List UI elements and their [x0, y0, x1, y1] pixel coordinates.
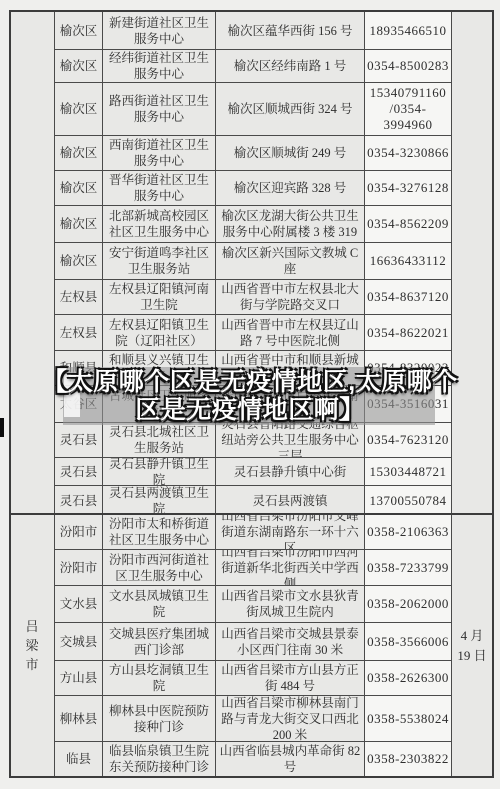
table-row: 榆次区 经纬街道社区卫生服务中心 榆次区经纬南路 1 号 0354-850028…: [55, 49, 451, 82]
cell-facility-name: 左权县辽阳镇河南卫生院: [103, 280, 216, 314]
cell-district: 榆次区: [55, 12, 103, 49]
region-cell: 吕梁市: [11, 515, 55, 776]
cell-district: 灵石县: [55, 486, 103, 515]
table-row: 榆次区 北部新城高校园区社区卫生服务中心 榆次区龙湖大街公共卫生服务中心附属楼 …: [55, 205, 451, 242]
cell-phone: 0358-2626300: [365, 661, 451, 695]
table-row: 灵石县 灵石县静升镇卫生院 灵石县静升镇中心街 15303448721: [55, 457, 451, 485]
table-row: 文水县 文水县凤城镇卫生院 山西省吕梁市文水县狄青街凤城卫生院内 0358-20…: [55, 585, 451, 622]
table-row: 方山县 方山县圪洞镇卫生院 山西省吕梁市方山县方正街 484 号 0358-26…: [55, 660, 451, 695]
cell-address: 榆次区迎宾路 328 号: [216, 171, 365, 205]
cell-address: 山西省吕梁市汾阳市文峰街道东湖南路东一环十六区: [216, 515, 365, 549]
cell-facility-name: 路西街道社区卫生服务中心: [103, 83, 216, 135]
cell-address: 山西省吕梁市文水县狄青街凤城卫生院内: [216, 586, 365, 622]
cell-phone: 0354-3230866: [365, 136, 451, 170]
cell-address: 榆次区经纬南路 1 号: [216, 50, 365, 82]
cell-district: 文水县: [55, 586, 103, 622]
section-rows: 汾阳市 汾阳市太和桥街道社区卫生服务中心 山西省吕梁市汾阳市文峰街道东湖南路东一…: [55, 515, 451, 776]
cell-address: 灵石县晋阳路交通综合枢纽站旁公共卫生服务中心三层: [216, 423, 365, 457]
cell-facility-name: 灵石县静升镇卫生院: [103, 458, 216, 485]
screenshot-page: 榆次区 新建街道社区卫生服务中心 榆次区蕴华西街 156 号 189354665…: [0, 0, 500, 789]
cell-district: 左权县: [55, 280, 103, 314]
table-row: 榆次区 西南街道社区卫生服务中心 榆次区顺城街 249 号 0354-32308…: [55, 135, 451, 170]
cell-phone: 0354-8562209: [365, 206, 451, 242]
cell-facility-name: 晋华街道社区卫生服务中心: [103, 171, 216, 205]
table-row: 柳林县 柳林县中医院预防接种门诊 山西省吕梁市柳林县南门路与青龙大街交叉口西北 …: [55, 695, 451, 741]
cell-facility-name: 灵石县北城社区卫生服务站: [103, 423, 216, 457]
table-section-jinzhong: 榆次区 新建街道社区卫生服务中心 榆次区蕴华西街 156 号 189354665…: [11, 12, 492, 513]
cell-address: 榆次区龙湖大街公共卫生服务中心附属楼 3 楼 319: [216, 206, 365, 242]
region-cell: [11, 12, 55, 513]
table-row: 灵石县 灵石县北城社区卫生服务站 灵石县晋阳路交通综合枢纽站旁公共卫生服务中心三…: [55, 422, 451, 457]
cell-phone: 0358-3566006: [365, 623, 451, 660]
cell-district: 交城县: [55, 623, 103, 660]
cell-phone: 16636433112: [365, 243, 451, 279]
table-row: 榆次区 新建街道社区卫生服务中心 榆次区蕴华西街 156 号 189354665…: [55, 12, 451, 49]
cell-district: 榆次区: [55, 83, 103, 135]
cell-phone: 15303448721: [365, 458, 451, 485]
cell-phone: 0354-8500283: [365, 50, 451, 82]
cell-district: 灵石县: [55, 458, 103, 485]
table-row: 临县 临县临泉镇卫生院东关预防接种门诊 山西省临县城内革命街 82 号 0358…: [55, 741, 451, 776]
cell-district: 灵石县: [55, 423, 103, 457]
table-row: 左权县 左权县辽阳镇卫生院（辽阳社区） 山西省晋中市左权县辽山路 7 号中医院北…: [55, 314, 451, 350]
cell-phone: 13700550784: [365, 486, 451, 515]
cell-district: 榆次区: [55, 243, 103, 279]
table-section-lvliang: 吕梁市 汾阳市 汾阳市太和桥街道社区卫生服务中心 山西省吕梁市汾阳市文峰街道东湖…: [11, 513, 492, 776]
cell-address: 山西省临县城内革命街 82 号: [216, 742, 365, 776]
section-rows: 榆次区 新建街道社区卫生服务中心 榆次区蕴华西街 156 号 189354665…: [55, 12, 451, 513]
table-row: 榆次区 晋华街道社区卫生服务中心 榆次区迎宾路 328 号 0354-32761…: [55, 170, 451, 205]
cell-facility-name: 柳林县中医院预防接种门诊: [103, 696, 216, 741]
cell-address: 榆次区新兴国际文教城 C 座: [216, 243, 365, 279]
cell-address: 山西省晋中市左权县北大街与学院路交叉口: [216, 280, 365, 314]
cell-facility-name: 新建街道社区卫生服务中心: [103, 12, 216, 49]
cell-phone: 0358-2303822: [365, 742, 451, 776]
cell-address: 灵石县两渡镇: [216, 486, 365, 515]
cell-phone: 0354-8622021: [365, 315, 451, 350]
cell-district: 榆次区: [55, 50, 103, 82]
cell-address: 灵石县静升镇中心街: [216, 458, 365, 485]
cell-phone: 0358-5538024: [365, 696, 451, 741]
cell-district: 榆次区: [55, 136, 103, 170]
cell-district: 方山县: [55, 661, 103, 695]
cell-facility-name: 西南街道社区卫生服务中心: [103, 136, 216, 170]
cell-address: 山西省吕梁市交城县景泰小区西门往南 30 米: [216, 623, 365, 660]
watermark-line-2: 区是无疫情地区啊】: [0, 396, 500, 424]
table-row: 汾阳市 汾阳市西河街道社区卫生服务中心 山西省吕梁市汾阳市西河街道新华北街西关中…: [55, 549, 451, 585]
cell-facility-name: 文水县凤城镇卫生院: [103, 586, 216, 622]
date-cell: 4 月 19 日: [451, 515, 492, 776]
cell-address: 榆次区蕴华西街 156 号: [216, 12, 365, 49]
table-row: 榆次区 路西街道社区卫生服务中心 榆次区顺城西街 324 号 153407911…: [55, 82, 451, 135]
cell-phone: 0358-7233799: [365, 550, 451, 585]
cell-district: 柳林县: [55, 696, 103, 741]
cell-facility-name: 临县临泉镇卫生院东关预防接种门诊: [103, 742, 216, 776]
cell-facility-name: 北部新城高校园区社区卫生服务中心: [103, 206, 216, 242]
cell-address: 山西省吕梁市方山县方正街 484 号: [216, 661, 365, 695]
cell-phone: 0354-3276128: [365, 171, 451, 205]
cell-district: 汾阳市: [55, 515, 103, 549]
cell-phone: 15340791160 /0354- 3994960: [365, 83, 451, 135]
cell-phone: 0354-8637120: [365, 280, 451, 314]
cell-phone: 0358-2062000: [365, 586, 451, 622]
cell-facility-name: 汾阳市西河街道社区卫生服务中心: [103, 550, 216, 585]
table-row: 汾阳市 汾阳市太和桥街道社区卫生服务中心 山西省吕梁市汾阳市文峰街道东湖南路东一…: [55, 515, 451, 549]
table-row: 左权县 左权县辽阳镇河南卫生院 山西省晋中市左权县北大街与学院路交叉口 0354…: [55, 279, 451, 314]
cell-phone: 18935466510: [365, 12, 451, 49]
cell-facility-name: 方山县圪洞镇卫生院: [103, 661, 216, 695]
cell-district: 汾阳市: [55, 550, 103, 585]
watermark-title: 【太原哪个区是无疫情地区,太原哪个 区是无疫情地区啊】: [0, 368, 500, 424]
date-cell: [451, 12, 492, 513]
cell-address: 榆次区顺城西街 324 号: [216, 83, 365, 135]
cell-phone: 0358-2106363: [365, 515, 451, 549]
cell-district: 榆次区: [55, 171, 103, 205]
cell-facility-name: 灵石县两渡镇卫生院: [103, 486, 216, 515]
watermark-line-1: 【太原哪个区是无疫情地区,太原哪个: [0, 368, 500, 396]
cell-phone: 0354-7623120: [365, 423, 451, 457]
cell-facility-name: 交城县医疗集团城西门诊部: [103, 623, 216, 660]
cell-address: 山西省吕梁市柳林县南门路与青龙大街交叉口西北 200 米: [216, 696, 365, 741]
cell-district: 榆次区: [55, 206, 103, 242]
cell-district: 左权县: [55, 315, 103, 350]
table-row: 榆次区 安宁街道鸣李社区卫生服务站 榆次区新兴国际文教城 C 座 1663643…: [55, 242, 451, 279]
table-row: 交城县 交城县医疗集团城西门诊部 山西省吕梁市交城县景泰小区西门往南 30 米 …: [55, 622, 451, 660]
cell-facility-name: 汾阳市太和桥街道社区卫生服务中心: [103, 515, 216, 549]
cell-address: 山西省吕梁市汾阳市西河街道新华北街西关中学西侧: [216, 550, 365, 585]
cell-facility-name: 经纬街道社区卫生服务中心: [103, 50, 216, 82]
cell-district: 临县: [55, 742, 103, 776]
cell-facility-name: 安宁街道鸣李社区卫生服务站: [103, 243, 216, 279]
cell-facility-name: 左权县辽阳镇卫生院（辽阳社区）: [103, 315, 216, 350]
cell-address: 榆次区顺城街 249 号: [216, 136, 365, 170]
table-row: 灵石县 灵石县两渡镇卫生院 灵石县两渡镇 13700550784: [55, 485, 451, 515]
cell-address: 山西省晋中市左权县辽山路 7 号中医院北侧: [216, 315, 365, 350]
